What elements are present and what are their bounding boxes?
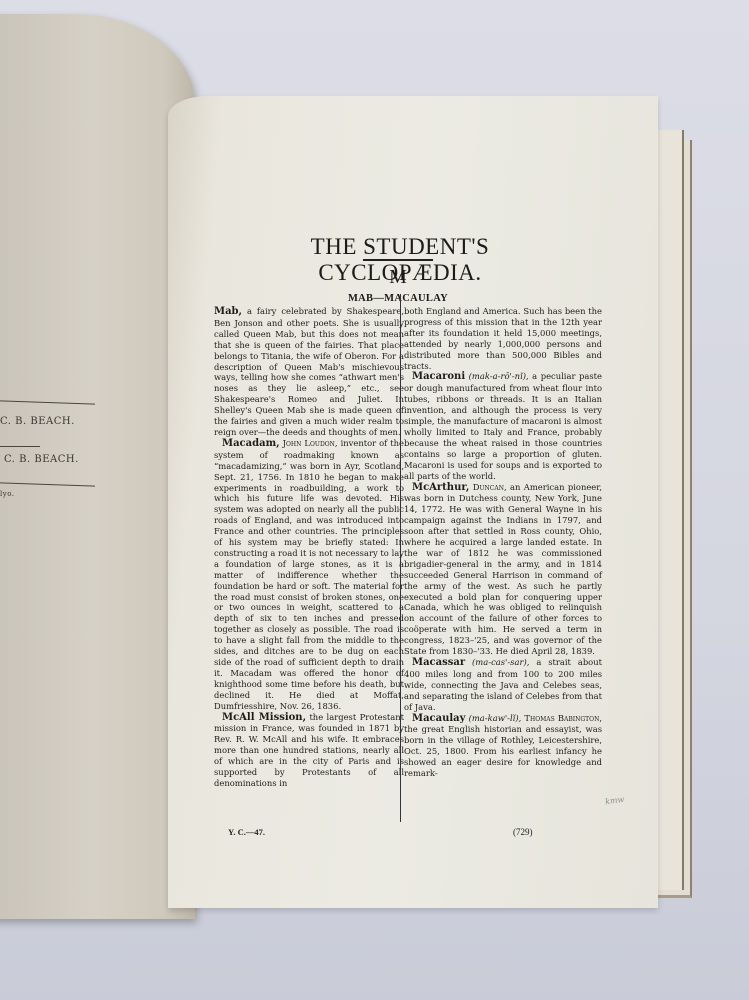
column-divider: [400, 294, 401, 822]
rule-line: [0, 400, 95, 404]
title-rule: [363, 259, 433, 261]
signature-mark: Y. C.—47.: [228, 827, 265, 837]
pencil-note: kmw: [604, 795, 624, 807]
entry-text: a peculiar paste or dough manufactured f…: [404, 371, 602, 480]
left-page-fragment: C. B. BEACH.: [4, 454, 79, 465]
entry-text: the great English historian and essayist…: [404, 724, 602, 778]
entry-mab: Mab, a fairy celebrated by Shakespeare, …: [214, 306, 404, 438]
pronunciation: (mak-a-rō'-nĭ),: [465, 371, 529, 381]
entry-macadam: Macadam, John Loudon, inventor of the sy…: [214, 438, 404, 712]
page-number: (729): [513, 827, 533, 837]
pronunciation: (ma-kaw'-lĭ),: [465, 713, 521, 723]
headword: Macadam,: [222, 438, 280, 449]
person-name: Thomas Babington,: [521, 713, 602, 723]
rule-line: [0, 446, 40, 447]
column-1: Mab, a fairy celebrated by Shakespeare, …: [214, 306, 404, 789]
person-name: John Loudon,: [283, 438, 338, 448]
entry-text: an American pioneer, was born in Dutches…: [404, 482, 602, 657]
right-page: THE STUDENT'S CYCLOPÆDIA. M MAB—MACAULAY…: [168, 96, 658, 908]
entry-text: a fairy celebrated by Shakespeare, Ben J…: [214, 306, 404, 437]
left-page-fragment: lyo.: [0, 490, 15, 498]
entry-macassar: Macassar (ma-cas'-sar), a strait about 4…: [404, 657, 602, 713]
left-page: C. B. BEACH. C. B. BEACH. lyo.: [0, 14, 195, 919]
headword: McArthur,: [412, 482, 469, 493]
headword: McAll Mission,: [222, 712, 306, 723]
entry-mcall-mission: McAll Mission, the largest Protestant mi…: [214, 712, 404, 789]
entry-macaroni: Macaroni (mak-a-rō'-nĭ), a peculiar past…: [404, 371, 602, 481]
section-letter: M: [363, 266, 433, 289]
headword: Macassar: [412, 657, 465, 668]
entry-mcarthur: McArthur, Duncan, an American pioneer, w…: [404, 482, 602, 658]
entry-range: MAB—MACAULAY: [298, 293, 498, 304]
entry-continued: both England and America. Such has been …: [404, 306, 602, 371]
entry-text: the largest Protestant mission in France…: [214, 712, 404, 788]
headword: Macaroni: [412, 371, 465, 382]
left-page-fragment: C. B. BEACH.: [0, 416, 75, 427]
person-name: Duncan,: [473, 482, 507, 492]
headword: Macaulay: [412, 713, 465, 724]
entry-text: inventor of the system of roadmaking kno…: [214, 438, 404, 711]
column-2: both England and America. Such has been …: [404, 306, 602, 779]
rule-line: [0, 482, 95, 486]
pronunciation: (ma-cas'-sar),: [465, 657, 529, 667]
entry-macaulay: Macaulay (ma-kaw'-lĭ), Thomas Babington,…: [404, 713, 602, 779]
entry-text: both England and America. Such has been …: [404, 306, 602, 371]
headword: Mab,: [214, 306, 242, 317]
